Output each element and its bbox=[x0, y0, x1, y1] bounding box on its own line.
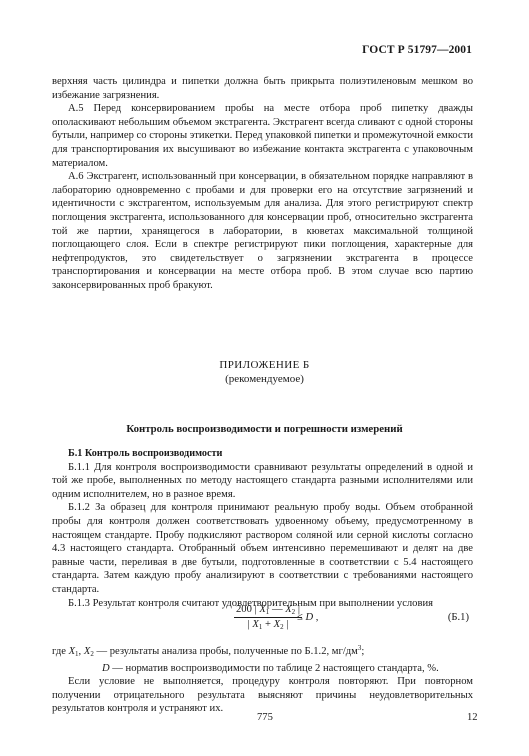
section-a-text: верхняя часть цилиндра и пипетки должна … bbox=[52, 75, 473, 293]
section-b1-text: Б.1 Контроль воспроизводимости Б.1.1 Для… bbox=[52, 447, 473, 610]
appendix-heading: ПРИЛОЖЕНИЕ Б (рекомендуемое) bbox=[0, 358, 529, 386]
paragraph-closing: Если условие не выполняется, процедуру к… bbox=[52, 675, 473, 716]
formula-denominator: | X1 + X2 | bbox=[234, 618, 302, 631]
where-x-definition: где X1, X2 — результаты анализа пробы, п… bbox=[52, 642, 473, 662]
where-d-definition: D — норматив воспроизводимости по таблиц… bbox=[52, 662, 473, 676]
formula-b1: 200 | X1 — X2 | | X1 + X2 | ≤ D , (Б.1) bbox=[52, 604, 473, 640]
formula-explanation: где X1, X2 — результаты анализа пробы, п… bbox=[52, 642, 473, 716]
paragraph-b11: Б.1.1 Для контроля воспроизводимости сра… bbox=[52, 461, 473, 502]
page-number-center: 775 bbox=[257, 712, 273, 723]
page-number-right: 12 bbox=[467, 712, 478, 723]
formula-numerator: 200 | X1 — X2 | bbox=[234, 604, 302, 618]
paragraph-a5: А.5 Перед консервированием пробы на мест… bbox=[52, 102, 473, 170]
appendix-subtitle: (рекомендуемое) bbox=[0, 372, 529, 386]
appendix-title: ПРИЛОЖЕНИЕ Б bbox=[0, 358, 529, 372]
document-header-standard-id: ГОСТ Р 51797—2001 bbox=[362, 44, 472, 56]
formula-relation: ≤ D , bbox=[297, 612, 318, 623]
paragraph-b12: Б.1.2 За образец для контроля принимают … bbox=[52, 501, 473, 596]
formula-fraction: 200 | X1 — X2 | | X1 + X2 | bbox=[234, 604, 302, 631]
paragraph-a6: А.6 Экстрагент, использованный при консе… bbox=[52, 170, 473, 292]
paragraph-continuation: верхняя часть цилиндра и пипетки должна … bbox=[52, 75, 473, 102]
subsection-title-b1: Б.1 Контроль воспроизводимости bbox=[52, 447, 473, 461]
equation-number: (Б.1) bbox=[448, 612, 469, 623]
section-title: Контроль воспроизводимости и погрешности… bbox=[0, 423, 529, 435]
